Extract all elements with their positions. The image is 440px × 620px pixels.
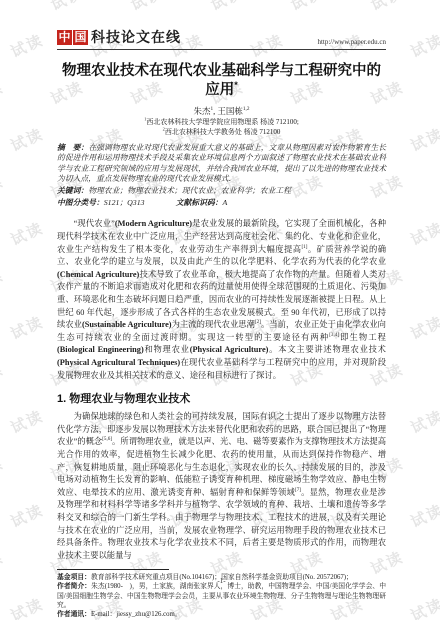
title-footnote-mark: * [234, 80, 238, 90]
author-bio-note: 作者简介：朱杰(1980- )，男，土家族，湖南张家界人，博士，助教，中国物理学… [57, 582, 386, 610]
affiliation-1: 1西北农林科技大学理学院应用物理系 杨凌 712100; [57, 117, 386, 127]
logo-block-guo: 国 [73, 30, 88, 45]
watermark-text: 试读 [0, 264, 7, 297]
watermark-text: 试读 [0, 546, 7, 579]
abstract: 摘 要：在强调物理农业对现代农业发展重大意义的基础上，文章从物理因素对农作物繁育… [57, 143, 386, 185]
author-contact-note: 作者通讯：E-mail：jiessy_zhu@126.com。 [57, 610, 386, 619]
watermark-text: 试读 [7, 29, 47, 62]
site-url-link[interactable]: http://www.paper.edu.cn [317, 38, 386, 47]
authors-line: 朱杰1, 王国栋1,2 [57, 105, 386, 117]
watermark-text: 试读 [407, 593, 440, 620]
logo-text: 科技论文在线 [91, 27, 181, 47]
section-1-heading: 1. 物理农业与物理农业技术 [57, 390, 386, 406]
site-header: 中 国 科技论文在线 http://www.paper.edu.cn [57, 0, 386, 50]
watermark-text: 试读 [407, 29, 440, 62]
clc-line: 中图分类号：S121；Q313 文献标识码：A [57, 198, 386, 208]
watermark-text: 试读 [0, 358, 7, 391]
paragraph-section-1: 为确保地球的绿色和人类社会的可持续发展，国际有识之士提出了逐步以物理方法替代化学… [57, 411, 386, 562]
watermark-text: 试读 [7, 405, 47, 438]
footnote-divider [57, 569, 169, 570]
watermark-text: 试读 [7, 217, 47, 250]
logo-block-zhong: 中 [57, 30, 72, 45]
watermark-text: 试读 [407, 217, 440, 250]
watermark-text: 试读 [407, 405, 440, 438]
watermark-text: 试读 [0, 452, 7, 485]
paragraph-intro: “现代农业”(Modern Agriculture)是农业发展的最新阶段，它实现… [57, 218, 386, 382]
watermark-text: 试读 [7, 593, 47, 620]
watermark-text: 试读 [407, 499, 440, 532]
page-content: 中 国 科技论文在线 http://www.paper.edu.cn 物理农业技… [57, 0, 386, 619]
watermark-text: 试读 [7, 123, 47, 156]
watermark-text: 试读 [407, 123, 440, 156]
page-number: -1- [57, 577, 386, 585]
watermark-text: 试读 [0, 0, 7, 15]
keywords-line: 关键词：物理农业；物理农业技术；现代农业；农业科学；农业工程 [57, 186, 386, 196]
affiliation-2: 2西北农林科技大学教务处 杨凌 712100 [57, 127, 386, 137]
watermark-text: 试读 [7, 499, 47, 532]
watermark-text: 试读 [0, 76, 7, 109]
paper-page: 试读试读试读试读试读试读试读试读试读试读试读试读试读试读试读试读试读试读试读试读… [0, 0, 440, 620]
watermark-text: 试读 [0, 170, 7, 203]
watermark-text: 试读 [407, 311, 440, 344]
site-logo: 中 国 科技论文在线 [57, 27, 181, 47]
watermark-text: 试读 [7, 311, 47, 344]
paper-title-text: 物理农业技术在现代农业基础科学与工程研究中的应用 [62, 63, 381, 98]
paper-title: 物理农业技术在现代农业基础科学与工程研究中的应用* [57, 62, 386, 100]
